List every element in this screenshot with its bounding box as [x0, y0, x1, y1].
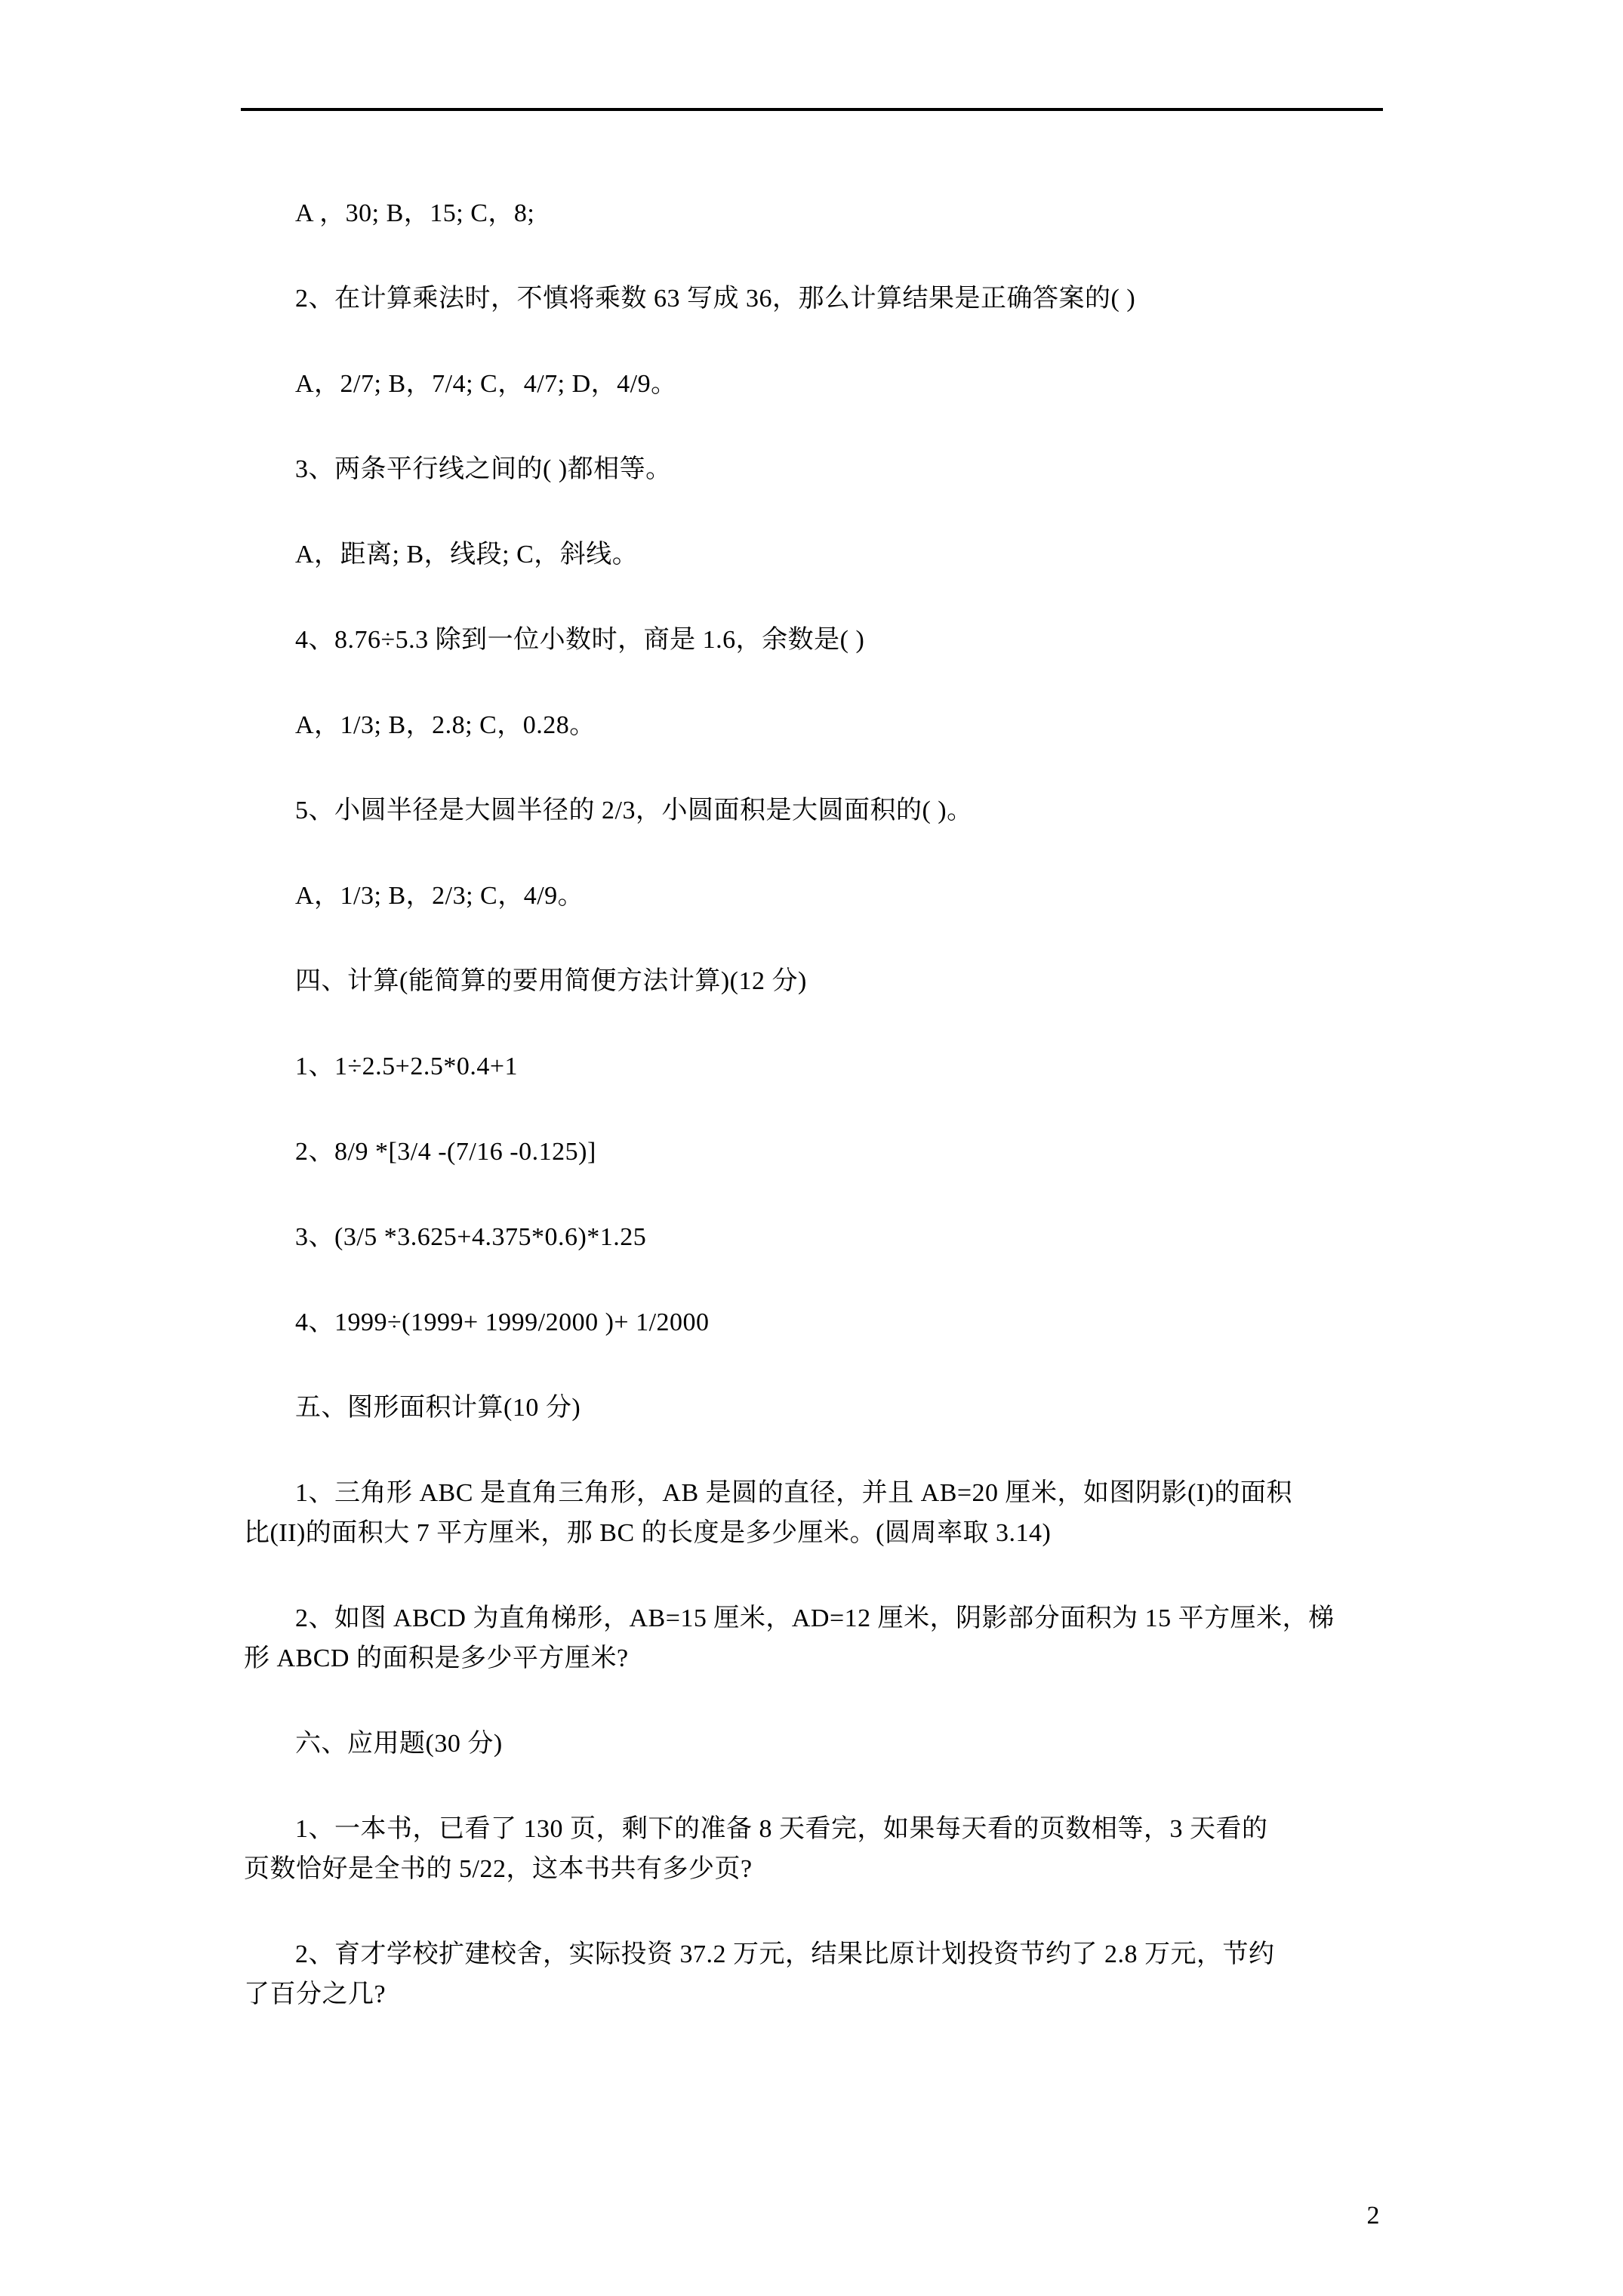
answer-options-line: A，距离; B，线段; C，斜线。 — [244, 535, 1385, 575]
paragraph: 1、一本书，已看了 130 页，剩下的准备 8 天看完，如果每天看的页数相等，3… — [244, 1809, 1385, 1889]
question-continuation-line: 形 ABCD 的面积是多少平方厘米? — [244, 1638, 1385, 1678]
paragraph: A，1/3; B，2.8; C，0.28。 — [244, 705, 1385, 745]
paragraph: 3、(3/5 *3.625+4.375*0.6)*1.25 — [244, 1217, 1385, 1257]
section-heading: 五、图形面积计算(10 分) — [244, 1388, 1385, 1428]
document-page: A ，30; B，15; C，8; 2、在计算乘法时，不慎将乘数 63 写成 3… — [0, 0, 1623, 2296]
section-heading: 四、计算(能简算的要用简便方法计算)(12 分) — [244, 961, 1385, 1001]
calculation-line: 1、1÷2.5+2.5*0.4+1 — [244, 1046, 1385, 1086]
question-line: 2、育才学校扩建校舍，实际投资 37.2 万元，结果比原计划投资节约了 2.8 … — [244, 1934, 1385, 1974]
question-line: 5、小圆半径是大圆半径的 2/3，小圆面积是大圆面积的( )。 — [244, 791, 1385, 831]
paragraph: 五、图形面积计算(10 分) — [244, 1388, 1385, 1428]
document-body: A ，30; B，15; C，8; 2、在计算乘法时，不慎将乘数 63 写成 3… — [244, 193, 1385, 2060]
paragraph: 3、两条平行线之间的( )都相等。 — [244, 449, 1385, 489]
calculation-line: 3、(3/5 *3.625+4.375*0.6)*1.25 — [244, 1217, 1385, 1257]
header-divider-rule — [241, 108, 1383, 111]
question-continuation-line: 比(II)的面积大 7 平方厘米，那 BC 的长度是多少厘米。(圆周率取 3.1… — [244, 1513, 1385, 1553]
paragraph: 1、1÷2.5+2.5*0.4+1 — [244, 1046, 1385, 1086]
answer-options-line: A，1/3; B，2/3; C，4/9。 — [244, 876, 1385, 916]
paragraph: 2、8/9 *[3/4 -(7/16 -0.125)] — [244, 1132, 1385, 1172]
paragraph: 4、1999÷(1999+ 1999/2000 )+ 1/2000 — [244, 1302, 1385, 1342]
section-heading: 六、应用题(30 分) — [244, 1724, 1385, 1764]
paragraph: 六、应用题(30 分) — [244, 1724, 1385, 1764]
question-continuation-line: 页数恰好是全书的 5/22，这本书共有多少页? — [244, 1849, 1385, 1889]
paragraph: 2、育才学校扩建校舍，实际投资 37.2 万元，结果比原计划投资节约了 2.8 … — [244, 1934, 1385, 2014]
calculation-line: 4、1999÷(1999+ 1999/2000 )+ 1/2000 — [244, 1302, 1385, 1342]
paragraph: A，距离; B，线段; C，斜线。 — [244, 535, 1385, 575]
calculation-line: 2、8/9 *[3/4 -(7/16 -0.125)] — [244, 1132, 1385, 1172]
question-line: 3、两条平行线之间的( )都相等。 — [244, 449, 1385, 489]
question-line: 2、在计算乘法时，不慎将乘数 63 写成 36，那么计算结果是正确答案的( ) — [244, 279, 1385, 319]
paragraph: 5、小圆半径是大圆半径的 2/3，小圆面积是大圆面积的( )。 — [244, 791, 1385, 831]
answer-options-line: A，1/3; B，2.8; C，0.28。 — [244, 705, 1385, 745]
paragraph: 4、8.76÷5.3 除到一位小数时，商是 1.6，余数是( ) — [244, 620, 1385, 660]
answer-options-line: A ，30; B，15; C，8; — [244, 193, 1385, 233]
question-line: 1、三角形 ABC 是直角三角形，AB 是圆的直径，并且 AB=20 厘米，如图… — [244, 1473, 1385, 1513]
paragraph: A，2/7; B，7/4; C，4/7; D，4/9。 — [244, 364, 1385, 404]
page-number: 2 — [1355, 2196, 1391, 2236]
paragraph: 四、计算(能简算的要用简便方法计算)(12 分) — [244, 961, 1385, 1001]
paragraph: 2、如图 ABCD 为直角梯形，AB=15 厘米，AD=12 厘米，阴影部分面积… — [244, 1598, 1385, 1678]
answer-options-line: A，2/7; B，7/4; C，4/7; D，4/9。 — [244, 364, 1385, 404]
question-line: 4、8.76÷5.3 除到一位小数时，商是 1.6，余数是( ) — [244, 620, 1385, 660]
paragraph: 2、在计算乘法时，不慎将乘数 63 写成 36，那么计算结果是正确答案的( ) — [244, 279, 1385, 319]
question-line: 2、如图 ABCD 为直角梯形，AB=15 厘米，AD=12 厘米，阴影部分面积… — [244, 1598, 1385, 1638]
paragraph: A ，30; B，15; C，8; — [244, 193, 1385, 233]
question-line: 1、一本书，已看了 130 页，剩下的准备 8 天看完，如果每天看的页数相等，3… — [244, 1809, 1385, 1849]
question-continuation-line: 了百分之几? — [244, 1974, 1385, 2014]
paragraph: 1、三角形 ABC 是直角三角形，AB 是圆的直径，并且 AB=20 厘米，如图… — [244, 1473, 1385, 1553]
paragraph: A，1/3; B，2/3; C，4/9。 — [244, 876, 1385, 916]
